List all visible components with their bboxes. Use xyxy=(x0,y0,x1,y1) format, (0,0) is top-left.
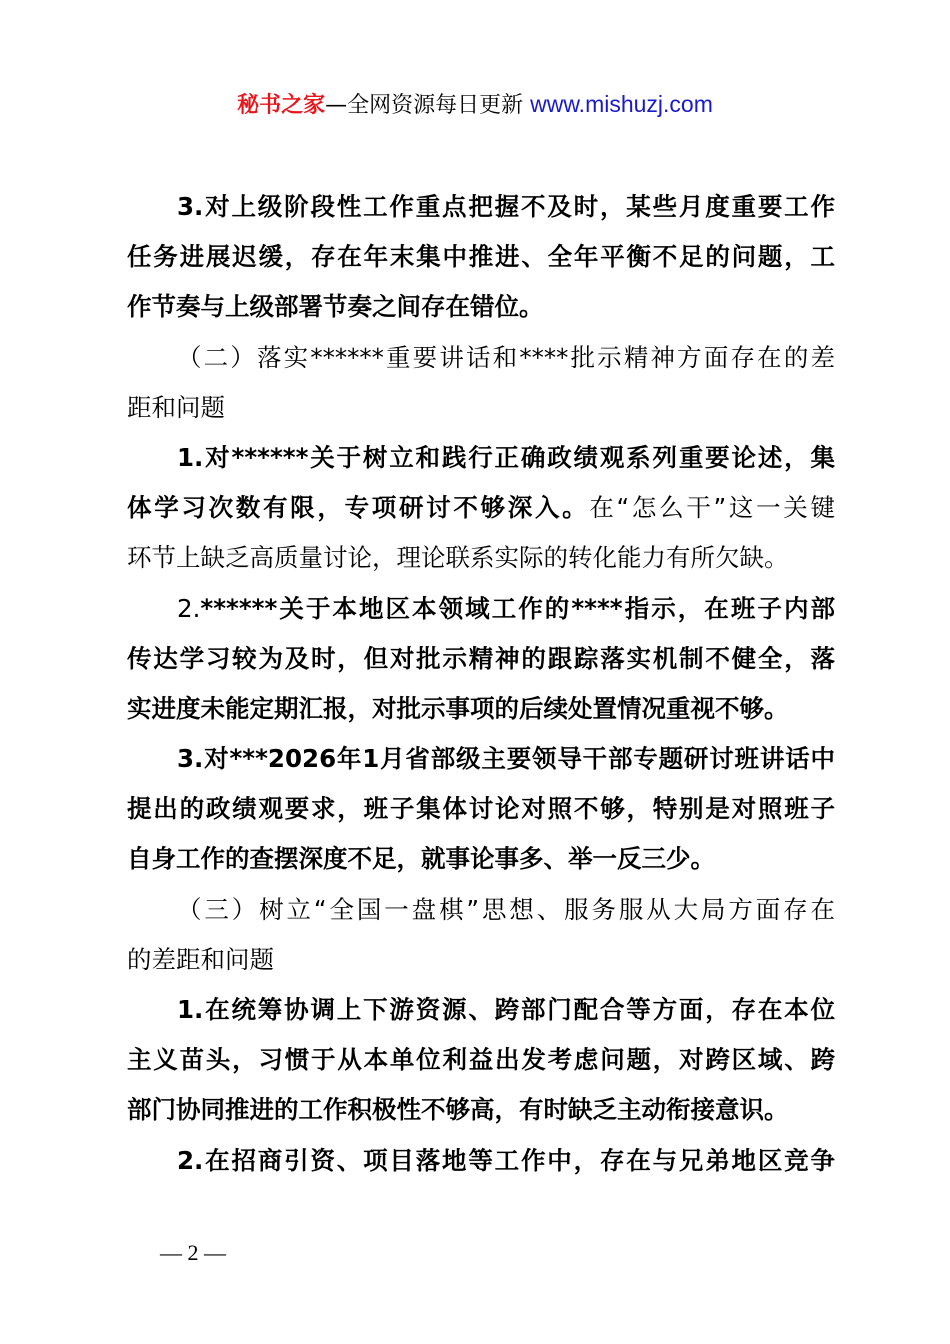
paragraph-section-3-heading: （三）树立“全国一盘棋”思想、服务服从大局方面存在的差距和问题 xyxy=(127,885,835,985)
bold-text: 2.在招商引资、项目落地等工作中，存在与兄弟地区竞争 xyxy=(177,1146,835,1175)
text-line: 3.对***2026年1月省部级主要领导干部专题研讨班讲话中 xyxy=(127,734,835,784)
regular-text: （三）树立“全国一盘棋”思想、服务服从大局方面存在 xyxy=(177,895,835,924)
text-line: 作节奏与上级部署节奏之间存在错位。 xyxy=(127,282,835,332)
document-body: 3.对上级阶段性工作重点把握不及时，某些月度重要工作任务进展迟缓，存在年末集中推… xyxy=(127,182,835,1186)
header-slogan: —全网资源每日更新 xyxy=(325,93,530,118)
paragraph-section-3-item-2: 2.在招商引资、项目落地等工作中，存在与兄弟地区竞争 xyxy=(127,1136,835,1186)
text-line: 部门协同推进的工作积极性不够高，有时缺乏主动衔接意识。 xyxy=(127,1085,835,1135)
text-line: 传达学习较为及时，但对批示精神的跟踪落实机制不健全，落 xyxy=(127,634,835,684)
bold-text: 实进度未能定期汇报，对批示事项的后续处置情况重视不够。 xyxy=(127,694,789,723)
text-line: 1.在统筹协调上下游资源、跨部门配合等方面，存在本位 xyxy=(127,985,835,1035)
brand-name: 秘书之家 xyxy=(237,93,325,118)
regular-text: 在“怎么干”这一关键 xyxy=(589,493,835,522)
paragraph-section-2-item-2: 2.******关于本地区本领域工作的****指示，在班子内部传达学习较为及时，… xyxy=(127,584,835,735)
regular-text: 环节上缺乏高质量讨论，理论联系实际的转化能力有所欠缺。 xyxy=(127,543,789,572)
bold-text: 1.对******关于树立和践行正确政绩观系列重要论述，集 xyxy=(177,443,835,472)
regular-text: 的差距和问题 xyxy=(127,945,274,974)
text-line: 环节上缺乏高质量讨论，理论联系实际的转化能力有所欠缺。 xyxy=(127,533,835,583)
bold-text: 作节奏与上级部署节奏之间存在错位。 xyxy=(127,292,544,321)
regular-text: 2. xyxy=(177,594,200,623)
text-line: 2.******关于本地区本领域工作的****指示，在班子内部 xyxy=(127,584,835,634)
bold-text: 体学习次数有限，专项研讨不够深入。 xyxy=(127,493,589,522)
text-line: 的差距和问题 xyxy=(127,935,835,985)
page-header: 秘书之家—全网资源每日更新 www.mishuzj.com xyxy=(0,88,950,122)
bold-text: 部门协同推进的工作积极性不够高，有时缺乏主动衔接意识。 xyxy=(127,1095,789,1124)
text-line: 自身工作的查摆深度不足，就事论事多、举一反三少。 xyxy=(127,834,835,884)
text-line: 1.对******关于树立和践行正确政绩观系列重要论述，集 xyxy=(127,433,835,483)
paragraph-section-3-item-1: 1.在统筹协调上下游资源、跨部门配合等方面，存在本位主义苗头，习惯于从本单位利益… xyxy=(127,985,835,1136)
bold-text: 自身工作的查摆深度不足，就事论事多、举一反三少。 xyxy=(127,844,715,873)
bold-text: 主义苗头，习惯于从本单位利益出发考虑问题，对跨区域、跨 xyxy=(127,1045,835,1074)
bold-text: 提出的政绩观要求，班子集体讨论对照不够，特别是对照班子 xyxy=(127,794,835,823)
bold-text: 传达学习较为及时，但对批示精神的跟踪落实机制不健全，落 xyxy=(127,644,835,673)
bold-text: 3.对***2026年1月省部级主要领导干部专题研讨班讲话中 xyxy=(177,744,835,773)
bold-text: 任务进展迟缓，存在年末集中推进、全年平衡不足的问题，工 xyxy=(127,242,835,271)
text-line: 主义苗头，习惯于从本单位利益出发考虑问题，对跨区域、跨 xyxy=(127,1035,835,1085)
text-line: 任务进展迟缓，存在年末集中推进、全年平衡不足的问题，工 xyxy=(127,232,835,282)
regular-text: （二）落实******重要讲话和****批示精神方面存在的差 xyxy=(177,343,835,372)
text-line: 提出的政绩观要求，班子集体讨论对照不够，特别是对照班子 xyxy=(127,784,835,834)
bold-text: 1.在统筹协调上下游资源、跨部门配合等方面，存在本位 xyxy=(177,995,835,1024)
paragraph-section-2-item-3: 3.对***2026年1月省部级主要领导干部专题研讨班讲话中提出的政绩观要求，班… xyxy=(127,734,835,885)
website-link[interactable]: www.mishuzj.com xyxy=(530,91,713,117)
page-number: — 2 — xyxy=(160,1238,226,1268)
bold-text: 3.对上级阶段性工作重点把握不及时，某些月度重要工作 xyxy=(177,192,835,221)
bold-text: ******关于本地区本领域工作的****指示，在班子内部 xyxy=(200,594,835,623)
regular-text: 距和问题 xyxy=(127,393,225,422)
paragraph-section-2-item-1: 1.对******关于树立和践行正确政绩观系列重要论述，集体学习次数有限，专项研… xyxy=(127,433,835,584)
text-line: 3.对上级阶段性工作重点把握不及时，某些月度重要工作 xyxy=(127,182,835,232)
text-line: 实进度未能定期汇报，对批示事项的后续处置情况重视不够。 xyxy=(127,684,835,734)
text-line: （二）落实******重要讲话和****批示精神方面存在的差 xyxy=(127,333,835,383)
text-line: 体学习次数有限，专项研讨不够深入。在“怎么干”这一关键 xyxy=(127,483,835,533)
text-line: 2.在招商引资、项目落地等工作中，存在与兄弟地区竞争 xyxy=(127,1136,835,1186)
paragraph-item-3-part1: 3.对上级阶段性工作重点把握不及时，某些月度重要工作任务进展迟缓，存在年末集中推… xyxy=(127,182,835,333)
text-line: （三）树立“全国一盘棋”思想、服务服从大局方面存在 xyxy=(127,885,835,935)
text-line: 距和问题 xyxy=(127,383,835,433)
paragraph-section-2-heading: （二）落实******重要讲话和****批示精神方面存在的差距和问题 xyxy=(127,333,835,433)
